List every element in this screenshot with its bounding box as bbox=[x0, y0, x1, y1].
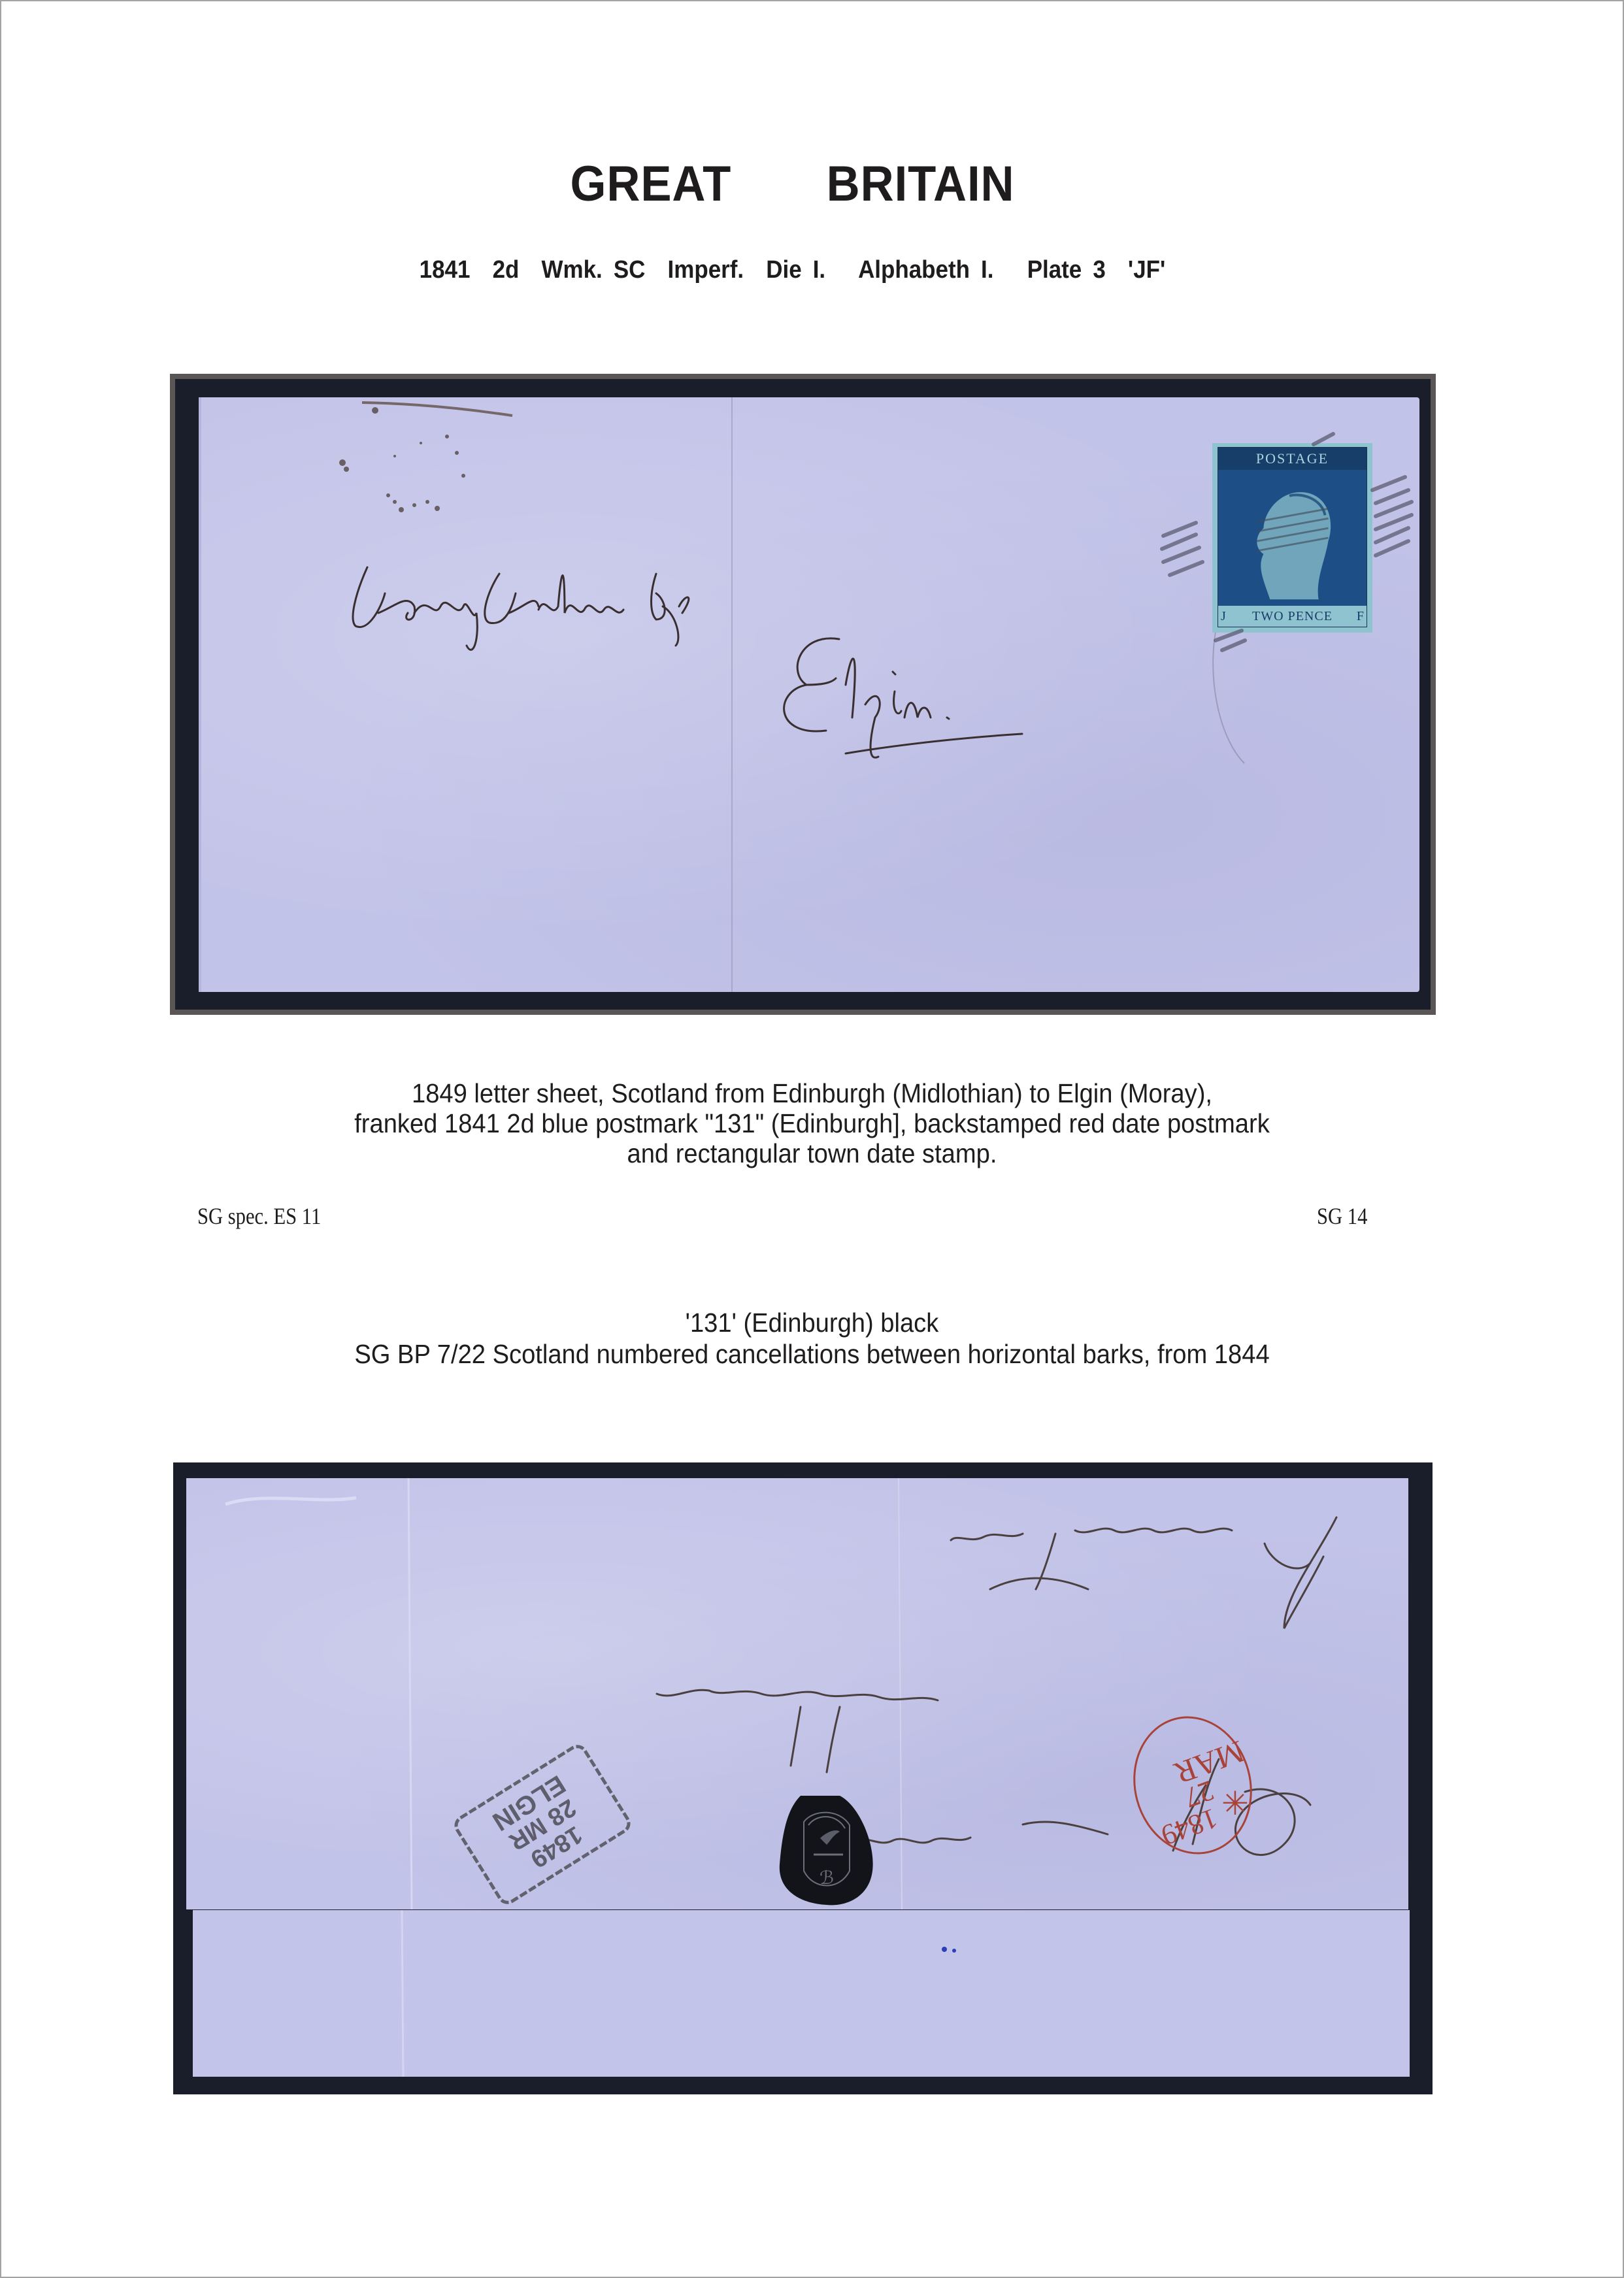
catalogue-reference-right: SG 14 bbox=[1317, 1202, 1367, 1230]
town-date-stamp: ELGIN 28 MR 1849 bbox=[453, 1743, 633, 1906]
cancellation-note-line1: '131' (Edinburgh) black bbox=[57, 1307, 1567, 1338]
black-wax-seal: ℬ bbox=[774, 1792, 876, 1907]
cover-description: 1849 letter sheet, Scotland from Edinbur… bbox=[57, 1078, 1567, 1168]
description-line: franked 1841 2d blue postmark "131" (Edi… bbox=[57, 1108, 1567, 1138]
svg-text:1849: 1849 bbox=[1157, 1802, 1221, 1852]
numeral-cancellation-131 bbox=[1150, 425, 1425, 699]
svg-text:ℬ: ℬ bbox=[820, 1868, 834, 1889]
page-title: GREAT BRITAIN bbox=[56, 156, 1529, 212]
back-cover-photo: MAR 27 1849 ✳ ELGIN 28 MR 1849 bbox=[173, 1462, 1433, 2094]
back-lower-markings bbox=[193, 1910, 1410, 2077]
description-line: 1849 letter sheet, Scotland from Edinbur… bbox=[57, 1078, 1567, 1108]
page-subtitle: 1841 2d Wmk. SC Imperf. Die I. Alphabeth… bbox=[63, 256, 1521, 284]
cancellation-note: '131' (Edinburgh) black SG BP 7/22 Scotl… bbox=[57, 1307, 1567, 1370]
catalogue-reference-left: SG spec. ES 11 bbox=[197, 1202, 321, 1230]
cancellation-note-line2: SG BP 7/22 Scotland numbered cancellatio… bbox=[57, 1338, 1567, 1370]
svg-text:✳: ✳ bbox=[1221, 1785, 1249, 1822]
letter-sheet-back-lower bbox=[193, 1910, 1410, 2077]
description-line: and rectangular town date stamp. bbox=[57, 1138, 1567, 1168]
